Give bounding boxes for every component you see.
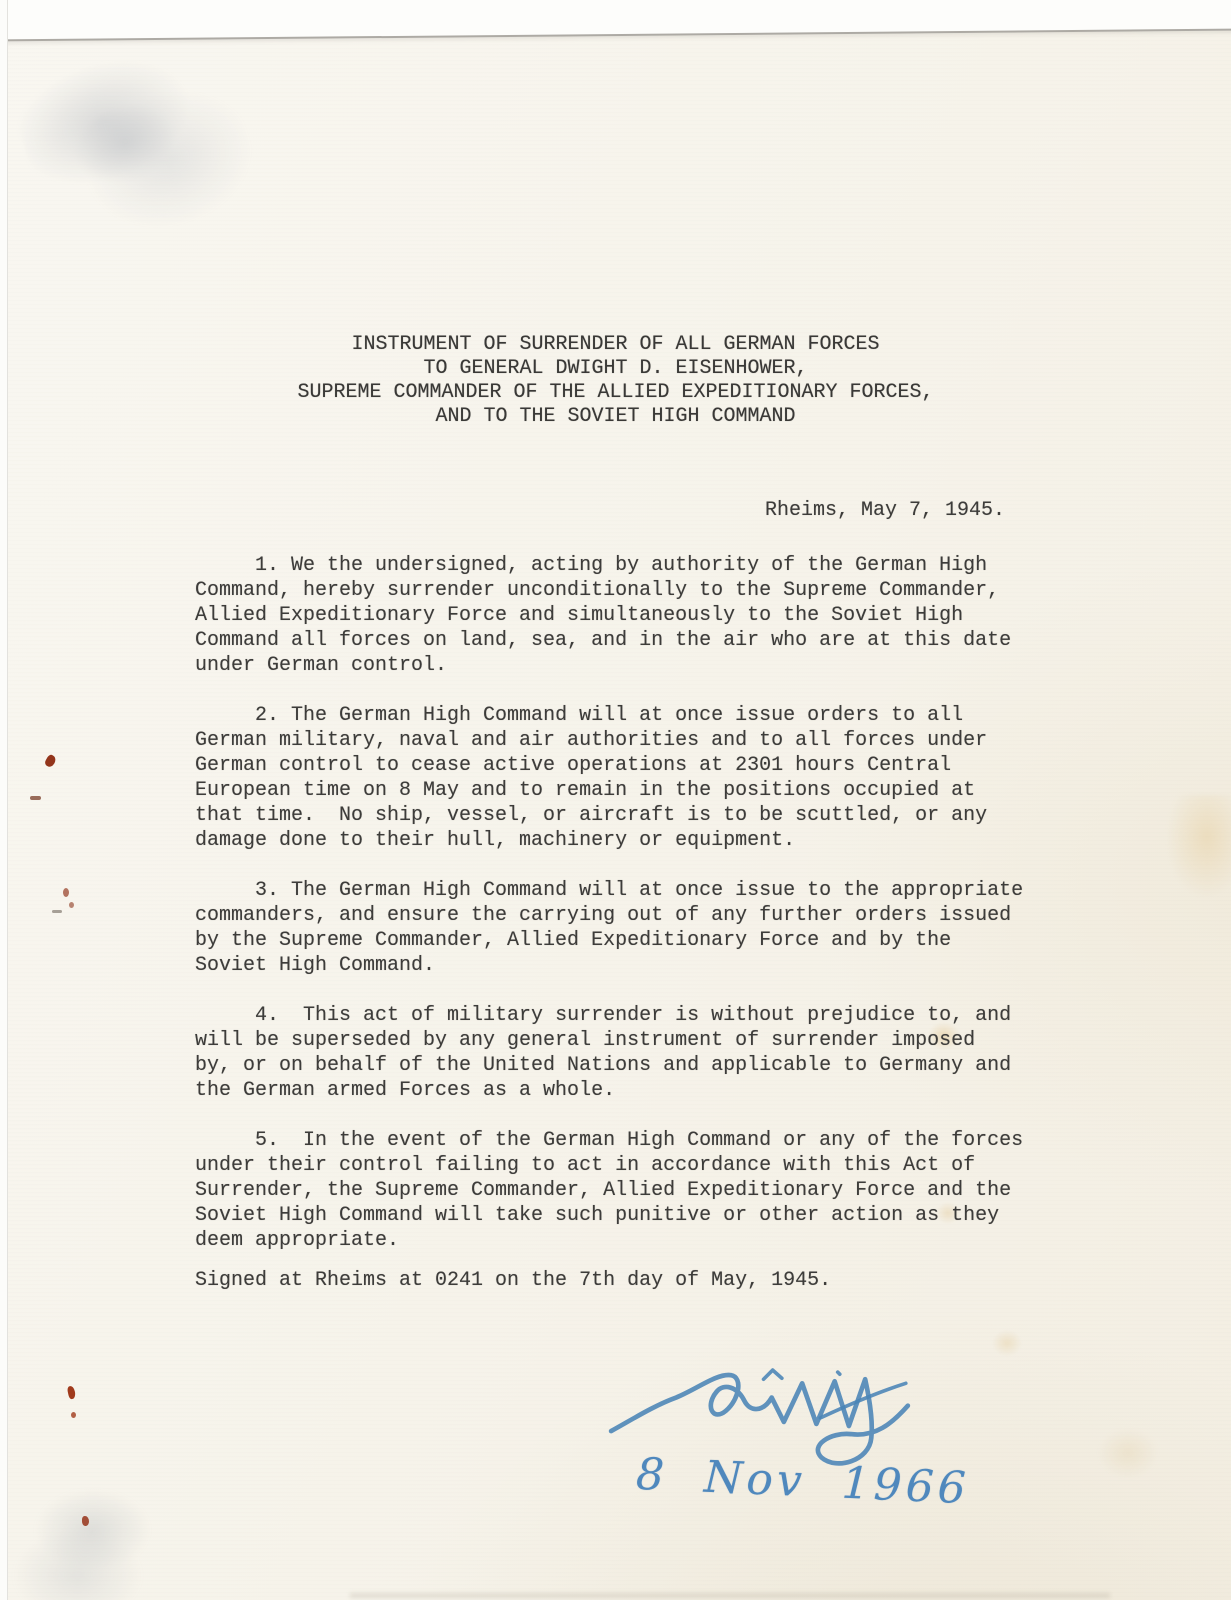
stain-bottom-left — [10, 1478, 160, 1600]
paper-stain — [1098, 1428, 1158, 1478]
ink-speck — [71, 1412, 76, 1418]
paper-top-edge — [0, 0, 1231, 41]
paragraph-5: 5. In the event of the German High Comma… — [195, 1128, 1085, 1253]
ink-speck — [44, 754, 58, 769]
paper-left-edge — [0, 0, 8, 1600]
title-line-1: INSTRUMENT OF SURRENDER OF ALL GERMAN FO… — [0, 333, 1231, 357]
dateline: Rheims, May 7, 1945. — [765, 498, 1085, 523]
document-title: INSTRUMENT OF SURRENDER OF ALL GERMAN FO… — [0, 333, 1231, 429]
paragraph-3: 3. The German High Command will at once … — [195, 878, 1085, 978]
ink-speck — [67, 1385, 77, 1399]
stain-top-left — [5, 19, 267, 261]
title-line-4: AND TO THE SOVIET HIGH COMMAND — [0, 405, 1231, 429]
paragraph-4: 4. This act of military surrender is wit… — [195, 1003, 1085, 1103]
ink-speck — [82, 1516, 89, 1526]
title-line-3: SUPREME COMMANDER OF THE ALLIED EXPEDITI… — [0, 381, 1231, 405]
signed-line: Signed at Rheims at 0241 on the 7th day … — [195, 1268, 1085, 1293]
paragraph-2: 2. The German High Command will at once … — [195, 703, 1085, 853]
ink-speck — [30, 796, 41, 800]
scanned-document-page: INSTRUMENT OF SURRENDER OF ALL GERMAN FO… — [0, 0, 1231, 1600]
title-line-2: TO GENERAL DWIGHT D. EISENHOWER, — [0, 357, 1231, 381]
paper-bottom-edge — [350, 1593, 1110, 1598]
paper-stain — [992, 1330, 1022, 1356]
ink-speck — [52, 910, 62, 913]
paper-stain — [1165, 795, 1231, 900]
paragraph-1: 1. We the undersigned, acting by authori… — [195, 553, 1085, 678]
signature-date: 8 Nov 1966 — [635, 1449, 971, 1515]
ink-speck — [63, 888, 69, 897]
ink-speck — [69, 902, 74, 908]
document-body: Rheims, May 7, 1945. 1. We the undersign… — [195, 498, 1085, 1293]
